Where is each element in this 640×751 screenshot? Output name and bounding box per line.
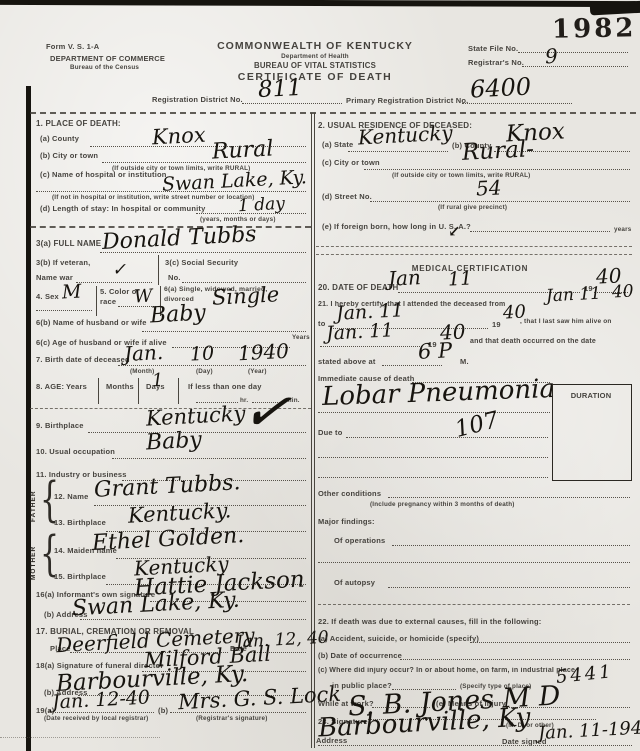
residence-state-line — [348, 151, 448, 152]
spouse-label: 6(b) Name of husband or wife — [36, 318, 147, 327]
of-autopsy-label: Of autopsy — [334, 578, 375, 587]
external-causes-label: 22. If death was due to external causes,… — [318, 617, 541, 626]
dept-health-subtitle: Department of Health — [190, 53, 440, 60]
stay-value: 1 day — [238, 196, 286, 215]
county-value: Knox — [151, 125, 206, 149]
father-birthplace-value: Kentucky. — [128, 500, 232, 526]
street-no-value: 54 — [475, 177, 501, 198]
stated-above-label: stated above at — [318, 357, 376, 366]
hospital-label: (c) Name of hospital or institution — [40, 170, 167, 179]
other-conditions-line — [388, 497, 630, 498]
last-saw-value: Jan. 11 — [326, 321, 394, 344]
registrar-no-label: Registrar's No. — [468, 58, 524, 67]
birthplace-label: 9. Birthplace — [36, 421, 84, 430]
stray-check-mark: ✓ — [238, 379, 294, 443]
veteran-ssn-divider — [158, 255, 159, 285]
registration-district-line — [242, 103, 342, 104]
residence-city-note: (If outside city or town limits, write R… — [392, 172, 530, 179]
registrar-no-value: 9 — [544, 46, 558, 67]
column-divider-b — [314, 113, 315, 748]
date-of-death-month: Jan — [387, 267, 421, 289]
date-of-death-label: 20. DATE OF DEATH — [318, 283, 398, 292]
occurrence-label: (b) Date of occurrence — [318, 651, 402, 660]
scan-edge-top — [0, 0, 640, 7]
birth-month-value: Jan. — [124, 342, 164, 364]
registrar-signature-line — [170, 712, 306, 713]
residence-city-line — [364, 169, 630, 170]
full-name-value: Donald Tubbs — [102, 224, 258, 254]
primary-district-value: 6400 — [469, 74, 531, 101]
street-no-note: (If rural give precinct) — [438, 204, 507, 211]
registrar-sig-note: (Registrar's signature) — [196, 715, 268, 722]
age-days-value: 1 — [152, 372, 164, 391]
operations-line-2 — [318, 562, 630, 563]
mother-birthplace-label: 15. Birthplace — [54, 572, 106, 581]
birth-year-value: 1940 — [238, 341, 290, 364]
stay-label: (d) Length of stay: In hospital or commu… — [40, 204, 205, 213]
birth-day-value: 10 — [190, 344, 215, 364]
received-note: (Date received by local registrar) — [44, 715, 148, 722]
foreign-arrow-mark: ↙ — [448, 224, 461, 240]
to-19: 19 — [492, 320, 501, 329]
bureau-line: Bureau of the Census — [70, 64, 139, 71]
registrar-signature-value: Mrs. G. S. Lock — [178, 684, 342, 714]
registration-district-value: 811 — [257, 77, 302, 102]
death-certificate-scan: 1982 Form V. S. 1-A DEPARTMENT OF COMMER… — [0, 0, 640, 751]
due-to-line-3 — [318, 477, 548, 478]
commonwealth-title: COMMONWEALTH OF KENTUCKY — [190, 40, 440, 52]
birthplace-value: Kentucky — [146, 403, 246, 429]
age-tick-1 — [98, 378, 99, 404]
residence-state-label: (a) State — [322, 140, 353, 149]
medical-top-rule-2 — [316, 254, 632, 255]
sex-value: M — [62, 283, 82, 303]
date-of-death-day: 11 — [448, 269, 473, 289]
autopsy-line-1 — [388, 587, 630, 588]
occurrence-line — [400, 659, 630, 660]
city-line — [102, 162, 306, 163]
injury-public-label: in public place? — [332, 681, 392, 690]
accident-label: (a) Accident, suicide, or homicide (spec… — [318, 634, 479, 643]
due-to-label: Due to — [318, 428, 343, 437]
registration-district-label: Registration District No. — [152, 95, 243, 104]
age-tick-2 — [138, 378, 139, 404]
received-date-line — [50, 712, 154, 713]
sex-race-divider — [96, 286, 97, 316]
major-findings-label: Major findings: — [318, 517, 375, 526]
county-label: (a) County — [40, 134, 79, 143]
form-top-rule — [30, 112, 636, 114]
year-stamp: 1982 — [552, 13, 637, 44]
veteran-check: ✓ — [112, 262, 127, 280]
date-signed-value: Jan. 11-1940 — [538, 719, 640, 743]
foreign-years-label: years — [614, 226, 631, 233]
place-of-death-title: 1. PLACE OF DEATH: — [36, 119, 121, 128]
received-date-value: Jan. 12-40 — [52, 688, 151, 712]
city-value: Rural — [211, 138, 273, 163]
other-conditions-label: Other conditions — [318, 489, 381, 498]
father-name-value: Grant Tubbs. — [94, 472, 241, 502]
other-conditions-note: (Include pregnancy within 3 months of de… — [370, 501, 515, 508]
color-race-label-2: race — [100, 297, 116, 306]
birth-date-line — [118, 365, 306, 366]
medical-top-rule-1 — [316, 246, 632, 247]
of-operations-label: Of operations — [334, 536, 385, 545]
registrar-sig-prefix: (b) — [158, 706, 168, 715]
father-name-label: 12. Name — [54, 492, 89, 501]
age-years-header: Years — [66, 382, 87, 391]
sex-label: 4. Sex — [36, 292, 59, 301]
occurred-label: and that death occurred on the date — [470, 338, 596, 345]
meridiem-label: M. — [460, 357, 469, 366]
spouse-value: Baby — [149, 303, 206, 328]
duration-label: DURATION — [552, 391, 630, 400]
scan-edge-left-bar — [26, 86, 31, 751]
to-label: to — [318, 319, 325, 328]
attended-from-year: 40 — [612, 283, 635, 301]
ssn-label: 3(c) Social Security — [165, 258, 238, 267]
ssn-line — [182, 282, 306, 283]
street-no-line — [370, 201, 630, 202]
residence-city-value: Rural- — [461, 138, 534, 165]
column-divider-a — [311, 113, 312, 748]
full-name-line — [100, 252, 306, 253]
spouse-line — [142, 331, 306, 332]
marital-value: Single — [211, 284, 279, 308]
occupation-value: Baby — [145, 430, 202, 455]
state-file-label: State File No. — [468, 44, 518, 53]
death-time-value: 6 P — [417, 340, 452, 363]
autopsy-line-2 — [318, 604, 630, 605]
injury-where-label: (c) Where did injury occur? In or about … — [318, 667, 575, 674]
residence-city-label: (c) City or town — [322, 158, 380, 167]
vital-statistics-subtitle: BUREAU OF VITAL STATISTICS — [190, 61, 440, 70]
mother-side-label: MOTHER — [30, 546, 37, 580]
form-number: Form V. S. 1-A — [46, 42, 99, 51]
cause-line-2 — [318, 412, 550, 413]
due-to-line-1 — [346, 437, 548, 438]
bottom-line — [318, 745, 632, 746]
informant-address-line — [80, 619, 306, 620]
scan-crease-bottom — [0, 737, 160, 738]
father-birthplace-label: 13. Birthplace — [54, 518, 106, 527]
ssn-no-label: No. — [168, 273, 181, 282]
operations-line-1 — [392, 545, 630, 546]
attended-from-value: Jan 11 — [546, 286, 602, 306]
due-to-line-2 — [318, 457, 548, 458]
time-line — [382, 365, 442, 366]
birth-date-label: 7. Birth date of deceased — [36, 355, 130, 364]
veteran-label: 3(b) If veteran, — [36, 258, 90, 267]
occupation-line — [112, 458, 306, 459]
cause-of-death-value: Lobar Pneumonia — [322, 376, 556, 410]
mother-maiden-value: Ethel Golden. — [92, 525, 245, 555]
last-saw-label: , that I last saw him alive on — [520, 318, 612, 325]
birth-day-note: (Day) — [196, 368, 213, 375]
state-file-line — [518, 52, 628, 53]
primary-district-label: Primary Registration District No. — [346, 96, 468, 105]
father-side-label: FATHER — [30, 490, 37, 522]
last-saw-line — [320, 346, 422, 347]
hospital-line — [36, 191, 306, 192]
city-label: (b) City or town — [40, 151, 98, 160]
age-tick-3 — [178, 378, 179, 404]
certificate-title: CERTIFICATE OF DEATH — [190, 71, 440, 83]
sex-line — [36, 310, 92, 311]
place-type-value: 5441 — [555, 663, 614, 687]
name-war-line — [76, 282, 152, 283]
spouse-age-years-label: Years — [292, 334, 310, 341]
hospital-note: (If not in hospital or institution, writ… — [52, 194, 255, 201]
age-label: 8. AGE: — [36, 382, 64, 391]
street-no-label: (d) Street No. — [322, 192, 372, 201]
registrar-no-line — [522, 66, 628, 67]
accident-line — [470, 642, 630, 643]
department-line: DEPARTMENT OF COMMERCE — [50, 54, 165, 63]
informant-address-value: Swan Lake, Ky. — [72, 590, 241, 621]
full-name-label: 3(a) FULL NAME — [36, 239, 101, 248]
occupation-label: 10. Usual occupation — [36, 447, 115, 456]
foreign-born-line — [470, 231, 610, 232]
age-months-header: Months — [106, 382, 134, 391]
residence-state-value: Kentucky — [358, 123, 454, 148]
